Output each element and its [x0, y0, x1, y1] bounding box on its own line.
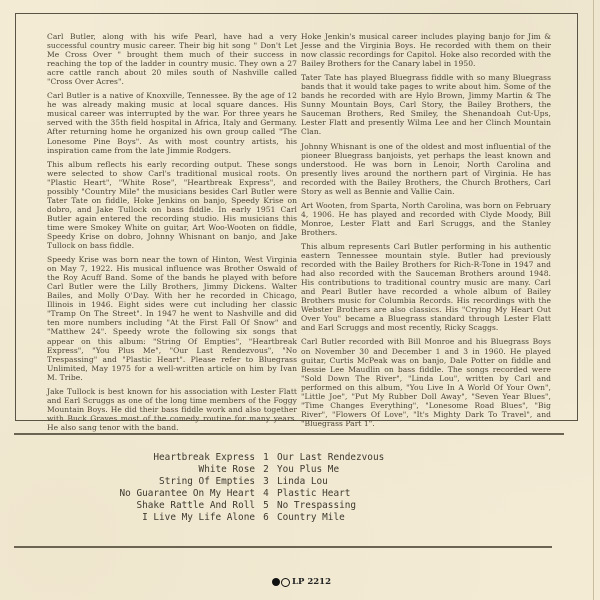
paragraph: Hoke Jenkin's musical career includes pl… [301, 32, 551, 68]
side-a-title: Heartbreak Express [120, 452, 255, 464]
page-edge [593, 0, 594, 600]
paragraph: Tater Tate has played Bluegrass fiddle w… [301, 73, 551, 136]
track-row: I Live My Life Alone 6 Country Mile [120, 512, 385, 524]
paragraph: Speedy Krise was born near the town of H… [47, 255, 297, 382]
track-row: Heartbreak Express 1 Our Last Rendezvous [120, 452, 385, 464]
paragraph: Carl Butler is a native of Knoxville, Te… [47, 91, 297, 154]
track-row: String Of Empties 3 Linda Lou [120, 476, 385, 488]
track-number: 6 [255, 512, 277, 524]
paragraph: Art Wooten, from Sparta, North Carolina,… [301, 201, 551, 237]
divider-top [14, 433, 564, 435]
label-logo-open-dot-icon [281, 578, 290, 587]
catalog-number: LP 2212 [272, 577, 331, 587]
liner-notes-right-column: Hoke Jenkin's musical career includes pl… [301, 32, 551, 433]
paragraph: This album reflects his early recording … [47, 160, 297, 250]
side-b-title: You Plus Me [277, 464, 339, 476]
catalog-number-text: LP 2212 [292, 577, 331, 587]
track-number: 4 [255, 488, 277, 500]
side-b-title: Linda Lou [277, 476, 328, 488]
side-a-title: White Rose [120, 464, 255, 476]
paragraph: Carl Butler recorded with Bill Monroe an… [301, 337, 551, 427]
side-a-title: I Live My Life Alone [120, 512, 255, 524]
liner-notes-box: Carl Butler, along with his wife Pearl, … [15, 13, 578, 421]
paragraph: Johnny Whisnant is one of the oldest and… [301, 142, 551, 196]
paragraph: Jake Tullock is best known for his assoc… [47, 387, 297, 432]
side-a-title: String Of Empties [120, 476, 255, 488]
side-a-title: No Guarantee On My Heart [120, 488, 255, 500]
label-logo-dots-icon [272, 578, 280, 586]
track-number: 2 [255, 464, 277, 476]
paragraph: Carl Butler, along with his wife Pearl, … [47, 32, 297, 86]
side-b-title: Our Last Rendezvous [277, 452, 384, 464]
side-b-title: Country Mile [277, 512, 345, 524]
track-number: 1 [255, 452, 277, 464]
track-row: Shake Rattle And Roll 5 No Trespassing [120, 500, 385, 512]
side-b-title: Plastic Heart [277, 488, 350, 500]
side-b-title: No Trespassing [277, 500, 356, 512]
paragraph: This album represents Carl Butler perfor… [301, 242, 551, 332]
track-number: 3 [255, 476, 277, 488]
track-row: White Rose 2 You Plus Me [120, 464, 385, 476]
track-number: 5 [255, 500, 277, 512]
track-row: No Guarantee On My Heart 4 Plastic Heart [120, 488, 385, 500]
tracklist: Heartbreak Express 1 Our Last Rendezvous… [120, 452, 385, 524]
side-a-title: Shake Rattle And Roll [120, 500, 255, 512]
liner-notes-left-column: Carl Butler, along with his wife Pearl, … [47, 32, 297, 437]
divider-bottom [14, 546, 552, 548]
